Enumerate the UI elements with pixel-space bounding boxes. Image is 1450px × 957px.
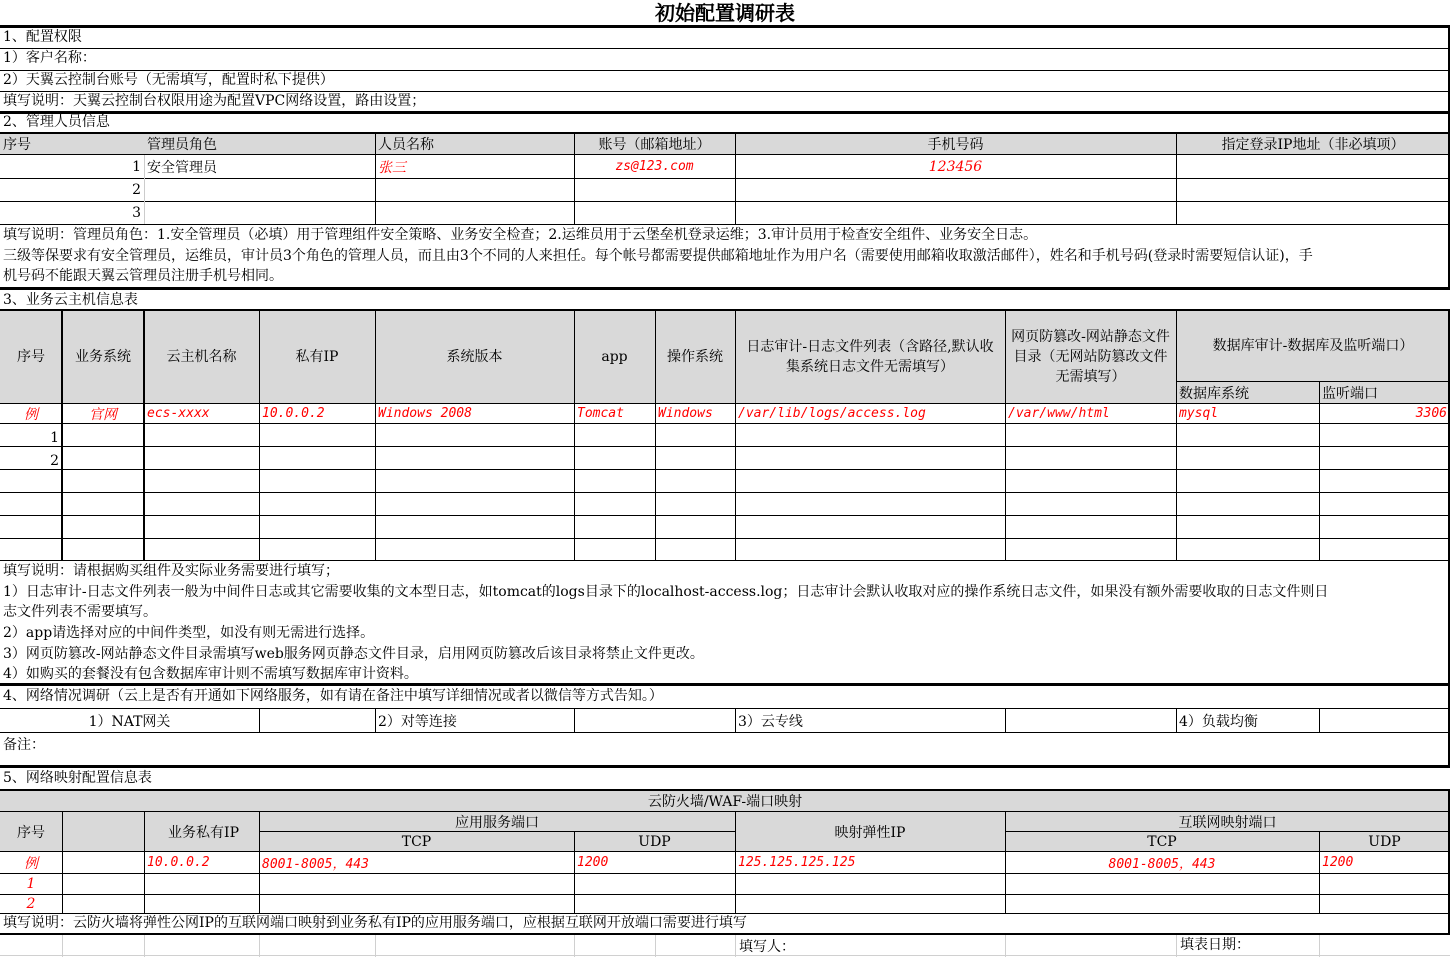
grid-line <box>375 935 376 957</box>
name-cell[interactable]: 张三 <box>375 155 574 178</box>
grid-line <box>574 311 575 560</box>
phone-cell[interactable] <box>735 202 1176 224</box>
divider <box>0 287 1450 290</box>
peering-label: 2）对等连接 <box>375 709 574 732</box>
col-header-email: 账号（邮箱地址） <box>574 134 735 154</box>
grid-line <box>62 935 63 957</box>
row-index <box>0 470 62 492</box>
filler-label: 填写人： <box>739 937 795 957</box>
grid-line <box>574 935 575 957</box>
col-header-app-ports: 应用服务端口 <box>259 812 735 832</box>
remarks-label: 备注： <box>3 735 45 755</box>
grid-line <box>1319 381 1320 560</box>
grid-line <box>1005 812 1006 913</box>
row-index: 2 <box>0 179 144 201</box>
grid-line <box>375 311 376 560</box>
section2-note-1: 填写说明：管理员角色：1.安全管理员（必填）用于管理组件安全策略、业务安全检查；… <box>3 225 1037 245</box>
section2-note-3: 机号码不能跟天翼云管理员注册手机号相同。 <box>3 266 283 286</box>
peering-value[interactable] <box>574 709 735 732</box>
section3-heading: 3、业务云主机信息表 <box>3 290 138 310</box>
grid-line <box>259 935 260 957</box>
section1-note: 填写说明：天翼云控制台权限用途为配置VPC网络设置，路由设置； <box>3 91 425 111</box>
grid-line <box>574 134 575 224</box>
example-eip[interactable]: 125.125.125.125 <box>735 852 1005 873</box>
grid-line <box>735 935 736 957</box>
grid-line <box>1005 709 1006 732</box>
nat-gateway-value[interactable] <box>259 709 375 732</box>
grid-line <box>1176 935 1177 957</box>
grid-line <box>144 935 145 957</box>
divider <box>0 492 1450 493</box>
example-index: 例 <box>0 404 62 423</box>
col-header-listen-port: 监听端口 <box>1319 382 1450 403</box>
row-index: 2 <box>0 447 62 469</box>
section3-note-1: 填写说明：请根据购买组件及实际业务需要进行填写； <box>3 561 339 581</box>
col-header-business-system: 业务系统 <box>62 311 144 403</box>
section3-note-5: 3）网页防篡改-网站静态文件目录需填写web服务网页静态文件目录，启用网页防篡改… <box>3 644 704 664</box>
col-header-host-name: 云主机名称 <box>144 311 259 403</box>
login-ip-cell[interactable] <box>1176 155 1450 178</box>
role-cell[interactable]: 安全管理员 <box>144 155 375 178</box>
example-db-system[interactable]: mysql <box>1176 404 1319 423</box>
col-header-name: 人员名称 <box>375 134 574 154</box>
phone-cell[interactable] <box>735 179 1176 201</box>
col-header-system-version: 系统版本 <box>375 311 574 403</box>
divider <box>0 538 1450 539</box>
row-index: 2 <box>0 895 62 913</box>
date-label: 填表日期： <box>1180 935 1250 955</box>
col-header-index: 序号 <box>0 812 62 851</box>
grid-line <box>1319 832 1320 913</box>
example-inet-tcp[interactable]: 8001-8005，443 <box>1005 852 1319 873</box>
divider <box>0 469 1450 470</box>
example-index: 例 <box>0 852 62 873</box>
divider <box>0 894 1450 895</box>
row-index: 3 <box>0 202 144 224</box>
load-balancer-value[interactable] <box>1319 709 1450 732</box>
grid-line <box>1176 709 1177 732</box>
divider <box>0 955 1450 956</box>
group-header: 云防火墙/WAF-端口映射 <box>0 791 1450 811</box>
grid-line <box>1176 134 1177 224</box>
grid-line <box>375 709 376 732</box>
date-field[interactable] <box>1319 935 1450 957</box>
console-account-label: 2）天翼云控制台账号（无需填写，配置时私下提供） <box>3 70 334 90</box>
load-balancer-label: 4）负载均衡 <box>1176 709 1319 732</box>
col-header-web-tamper: 网页防篡改-网站静态文件目录（无网站防篡改文件无需填写） <box>1005 311 1176 403</box>
name-cell[interactable] <box>375 179 574 201</box>
col-header-inet-udp: UDP <box>1319 832 1450 851</box>
phone-cell[interactable]: 123456 <box>735 155 1176 178</box>
example-system-version[interactable]: Windows 2008 <box>375 404 574 423</box>
grid-line <box>143 311 145 560</box>
section2-heading: 2、管理人员信息 <box>3 112 110 132</box>
row-index <box>0 539 62 560</box>
grid-line <box>735 134 736 224</box>
section5-note: 填写说明：云防火墙将弹性公网IP的互联网端口映射到业务私有IP的应用服务端口，应… <box>3 913 747 933</box>
grid-line <box>144 812 145 913</box>
grid-line <box>1005 311 1006 560</box>
nat-gateway-label: 1）NAT网关 <box>0 709 259 732</box>
example-web-tamper[interactable]: /var/www/html <box>1005 404 1176 423</box>
col-header-role: 管理员角色 <box>144 134 375 154</box>
section4-heading: 4、网络情况调研（云上是否有开通如下网络服务，如有请在备注中填写详细情况或者以微… <box>3 686 663 706</box>
section5-heading: 5、网络映射配置信息表 <box>3 768 152 788</box>
example-app-tcp[interactable]: 8001-8005，443 <box>259 852 574 873</box>
col-header-app: app <box>574 311 655 403</box>
email-cell[interactable] <box>574 202 735 224</box>
col-header-private-ip: 私有IP <box>259 311 375 403</box>
row-index: 1 <box>0 155 144 178</box>
col-header-index: 序号 <box>0 134 144 154</box>
col-header-db-system: 数据库系统 <box>1176 382 1319 403</box>
col-header-eip: 映射弹性IP <box>735 812 1005 851</box>
grid-line <box>655 311 656 560</box>
customer-name-field[interactable]: 1）客户名称： <box>3 48 1443 68</box>
grid-line <box>1176 311 1177 560</box>
example-private-ip[interactable]: 10.0.0.2 <box>144 852 259 873</box>
example-inet-udp[interactable]: 1200 <box>1319 852 1450 873</box>
grid-line <box>61 311 63 560</box>
col-header-app-udp: UDP <box>574 832 735 851</box>
col-header-login-ip: 指定登录IP地址（非必填项） <box>1176 134 1450 154</box>
example-private-ip[interactable]: 10.0.0.2 <box>259 404 375 423</box>
divider <box>0 873 1450 874</box>
login-ip-cell[interactable] <box>1176 179 1450 201</box>
col-header-os: 操作系统 <box>655 311 735 403</box>
row-index <box>0 493 62 515</box>
divider <box>0 765 1450 768</box>
grid-line <box>574 709 575 732</box>
example-listen-port[interactable]: 3306 <box>1319 404 1450 423</box>
col-header-private-ip: 业务私有IP <box>144 812 259 851</box>
section3-note-2: 1）日志审计-日志文件列表一般为中间件日志或其它需要收集的文本型日志，如tomc… <box>3 582 1328 602</box>
direct-connect-label: 3）云专线 <box>735 709 1005 732</box>
grid-line <box>574 832 575 913</box>
grid-line <box>144 155 145 224</box>
email-cell[interactable] <box>574 179 735 201</box>
col-header-internet-ports: 互联网映射端口 <box>1005 812 1450 832</box>
grid-line <box>375 134 376 224</box>
col-header-index: 序号 <box>0 311 62 403</box>
example-business-system[interactable]: 官网 <box>62 404 144 423</box>
role-cell[interactable] <box>144 179 375 201</box>
col-header-inet-tcp: TCP <box>1005 832 1319 851</box>
section3-note-3: 志文件列表不需要填写。 <box>3 602 157 622</box>
grid-line <box>259 812 260 913</box>
example-app[interactable]: Tomcat <box>574 404 655 423</box>
role-cell[interactable] <box>144 202 375 224</box>
grid-line <box>62 812 63 913</box>
divider <box>0 515 1450 516</box>
col-header-db-audit: 数据库审计-数据库及监听端口） <box>1176 311 1450 381</box>
page-title: 初始配置调研表 <box>0 1 1450 25</box>
grid-line <box>1319 709 1320 732</box>
section1-heading: 1、配置权限 <box>3 27 82 47</box>
name-cell[interactable] <box>375 202 574 224</box>
divider <box>0 111 1450 114</box>
grid-line <box>735 311 736 560</box>
row-index <box>0 516 62 538</box>
grid-line <box>655 935 656 957</box>
col-header-phone: 手机号码 <box>735 134 1176 154</box>
grid-line <box>735 709 736 732</box>
example-os[interactable]: Windows <box>655 404 735 423</box>
divider <box>0 446 1450 447</box>
grid-line <box>259 311 260 560</box>
divider <box>0 423 1450 424</box>
grid-line <box>735 812 736 913</box>
email-cell[interactable]: zs@123.com <box>574 155 735 178</box>
col-header-app-tcp: TCP <box>259 832 574 851</box>
divider <box>0 25 1450 28</box>
section3-note-6: 4）如购买的套餐没有包含数据库审计则不需填写数据库审计资料。 <box>3 664 418 684</box>
example-log-audit[interactable]: /var/lib/logs/access.log <box>735 404 1005 423</box>
example-app-udp[interactable]: 1200 <box>574 852 735 873</box>
section2-note-2: 三级等保要求有安全管理员，运维员，审计员3个角色的管理人员，而且由3个不同的人来… <box>3 246 1313 266</box>
col-header-log-audit: 日志审计-日志文件列表（含路径,默认收集系统日志文件无需填写） <box>735 311 1005 403</box>
section3-note-4: 2）app请选择对应的中间件类型，如没有则无需进行选择。 <box>3 623 374 643</box>
filler-field[interactable] <box>1005 935 1176 957</box>
grid-line <box>259 709 260 732</box>
row-index: 1 <box>0 874 62 894</box>
remarks-field[interactable]: 备注： <box>0 733 1448 766</box>
direct-connect-value[interactable] <box>1005 709 1176 732</box>
row-index: 1 <box>0 424 62 446</box>
example-host-name[interactable]: ecs-xxxx <box>144 404 259 423</box>
login-ip-cell[interactable] <box>1176 202 1450 224</box>
